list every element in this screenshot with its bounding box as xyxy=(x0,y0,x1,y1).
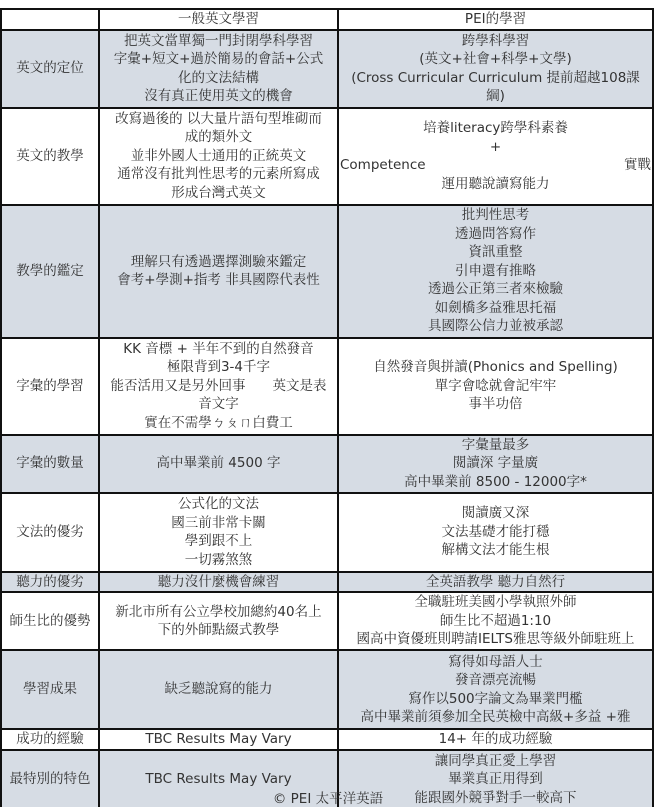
cell-line: (Cross Curricular Curriculum 提前超越108課 xyxy=(351,69,640,88)
row-label: 學習成果 xyxy=(1,650,99,729)
cell-line: 並非外國人士通用的正統英文 xyxy=(131,147,307,166)
cell-line: TBC Results May Vary xyxy=(145,770,291,789)
cell-line: 一切霧煞煞 xyxy=(185,551,253,570)
cell-line: 運用聽說讀寫能力 xyxy=(442,175,550,194)
table-row: 聽力的優劣 聽力沒什麼機會練習 全英語教學 聽力自然行 xyxy=(1,572,653,593)
cell-line: 具國際公信力並被承認 xyxy=(428,317,563,336)
cell-line: 能否活用又是另外回事 英文是表 xyxy=(111,377,327,396)
cell-line: 字彙+短文+過於簡易的會話+公式 xyxy=(114,50,323,69)
cell-line: 學到跟不上 xyxy=(185,532,253,551)
cell-line: 新北市所有公立學校加總約40名上 xyxy=(115,603,321,622)
header-cell-general: 一般英文學習 xyxy=(99,9,338,30)
cell-split-line: Competence 實戰 xyxy=(340,156,651,175)
cell-line: 理解只有透過選擇測驗來鑑定 xyxy=(131,253,307,272)
row-label: 教學的鑑定 xyxy=(1,205,99,338)
general-cell: 缺乏聽說寫的能力 xyxy=(99,650,338,729)
cell-line: 師生比不超過1:10 xyxy=(440,612,551,631)
table-row: 字彙的學習 KK 音標 + 半年不到的自然發音 極限背到3-4千字 能否活用又是… xyxy=(1,338,653,435)
pei-cell: 全英語教學 聽力自然行 xyxy=(338,572,653,593)
cell-line: 下的外師點綴式教學 xyxy=(158,621,280,640)
row-label: 師生比的優勢 xyxy=(1,592,99,650)
table-row: 教學的鑑定 理解只有透過選擇測驗來鑑定 會考+學測+指考 非具國際代表性 批判性… xyxy=(1,205,653,338)
general-cell: 聽力沒什麼機會練習 xyxy=(99,572,338,593)
pei-cell: 14+ 年的成功經驗 xyxy=(338,729,653,750)
cell-line: 實在不需學ㄅㄆㄇ白費工 xyxy=(144,414,293,433)
table-row: 成功的經驗 TBC Results May Vary 14+ 年的成功經驗 xyxy=(1,729,653,750)
cell-line: 沒有真正使用英文的機會 xyxy=(144,87,293,106)
cell-line: 畢業真正用得到 xyxy=(448,770,543,789)
general-cell: 新北市所有公立學校加總約40名上 下的外師點綴式教學 xyxy=(99,592,338,650)
table-row: 學習成果 缺乏聽說寫的能力 寫得如母語人士 發音漂亮流暢 寫作以500字論文為畢… xyxy=(1,650,653,729)
cell-line: 如劍橋多益雅思托福 xyxy=(435,299,557,318)
cell-line-right: 實戰 xyxy=(624,156,651,175)
cell-line: 國高中資優班則聘請IELTS雅思等級外師駐班上 xyxy=(357,630,635,649)
cell-line: 透過公正第三者來檢驗 xyxy=(428,280,563,299)
cell-line: 閱讀深 字量廣 xyxy=(453,454,538,473)
pei-cell: 跨學科學習 (英文+社會+科學+文學) (Cross Curricular Cu… xyxy=(338,30,653,108)
cell-line: 形成台灣式英文 xyxy=(171,184,266,203)
cell-line: 全職駐班美國小學執照外師 xyxy=(415,593,577,612)
cell-line-left: Competence xyxy=(340,156,426,175)
cell-line: 跨學科學習 xyxy=(462,32,530,51)
cell-line: 高中畢業前 8500 - 12000字* xyxy=(404,473,587,492)
cell-line: 改寫過後的 以大量片語句型堆砌而 xyxy=(115,110,322,129)
cell-line: 培養literacy跨學科素養 xyxy=(423,119,568,138)
pei-cell: 批判性思考 透過問答寫作 資訊重整 引申還有推略 透過公正第三者來檢驗 如劍橋多… xyxy=(338,205,653,338)
pei-cell: 自然發音與拼讀(Phonics and Spelling) 單字會唸就會記牢牢 … xyxy=(338,338,653,435)
pei-cell: 閱讀廣又深 文法基礎才能打穩 解構文法才能生根 xyxy=(338,493,653,572)
general-cell: TBC Results May Vary xyxy=(99,729,338,750)
cell-line: 發音漂亮流暢 xyxy=(455,671,536,690)
header-cell-pei: PEI的學習 xyxy=(338,9,653,30)
cell-line: (英文+社會+科學+文學) xyxy=(419,50,571,69)
cell-line: 批判性思考 xyxy=(462,206,530,225)
cell-line: 寫作以500字論文為畢業門檻 xyxy=(408,690,582,709)
row-label: 文法的優劣 xyxy=(1,493,99,572)
cell-line: KK 音標 + 半年不到的自然發音 xyxy=(123,340,313,359)
row-label: 英文的定位 xyxy=(1,30,99,108)
cell-line: 國三前非常卡關 xyxy=(171,514,266,533)
cell-line: 把英文當單獨一門封閉學科學習 xyxy=(124,32,313,51)
cell-line: 綱) xyxy=(486,87,505,106)
cell-line: 高中畢業前 4500 字 xyxy=(157,454,281,473)
comparison-page: 一般英文學習 PEI的學習 英文的定位 把英文當單獨一門封閉學科學習 字彙+短文… xyxy=(0,0,656,807)
general-cell: 改寫過後的 以大量片語句型堆砌而 成的類外文 並非外國人士通用的正統英文 通常沒… xyxy=(99,108,338,205)
cell-line: 單字會唸就會記牢牢 xyxy=(435,377,557,396)
cell-line: 音文字 xyxy=(198,395,239,414)
header-row: 一般英文學習 PEI的學習 xyxy=(1,9,653,30)
cell-line: 通常沒有批判性思考的元素所寫成 xyxy=(117,165,320,184)
pei-cell: 字彙量最多 閱讀深 字量廣 高中畢業前 8500 - 12000字* xyxy=(338,435,653,493)
cell-line: 會考+學測+指考 非具國際代表性 xyxy=(117,271,319,290)
cell-line: 資訊重整 xyxy=(469,243,523,262)
cell-line: 公式化的文法 xyxy=(178,495,259,514)
header-cell-empty xyxy=(1,9,99,30)
comparison-table: 一般英文學習 PEI的學習 英文的定位 把英文當單獨一門封閉學科學習 字彙+短文… xyxy=(0,8,654,807)
row-label: 成功的經驗 xyxy=(1,729,99,750)
cell-line: 化的文法結構 xyxy=(178,69,259,88)
cell-line: 讓同學真正愛上學習 xyxy=(435,752,557,771)
row-label: 字彙的學習 xyxy=(1,338,99,435)
cell-line: 缺乏聽說寫的能力 xyxy=(165,680,273,699)
cell-line: 成的類外文 xyxy=(185,128,253,147)
cell-line: 寫得如母語人士 xyxy=(448,653,543,672)
cell-line: 引申還有推略 xyxy=(455,262,536,281)
cell-line: 閱讀廣又深 xyxy=(462,504,530,523)
general-cell: 公式化的文法 國三前非常卡關 學到跟不上 一切霧煞煞 xyxy=(99,493,338,572)
cell-line: 自然發音與拼讀(Phonics and Spelling) xyxy=(373,358,618,377)
cell-line: 事半功倍 xyxy=(469,395,523,414)
cell-line: + xyxy=(490,138,501,157)
cell-line: 字彙量最多 xyxy=(462,436,530,455)
general-cell: 理解只有透過選擇測驗來鑑定 會考+學測+指考 非具國際代表性 xyxy=(99,205,338,338)
copyright-footer: © PEI 太平洋英語 xyxy=(0,787,656,807)
table-row: 英文的教學 改寫過後的 以大量片語句型堆砌而 成的類外文 並非外國人士通用的正統… xyxy=(1,108,653,205)
row-label: 英文的教學 xyxy=(1,108,99,205)
cell-line: 透過問答寫作 xyxy=(455,225,536,244)
general-cell: KK 音標 + 半年不到的自然發音 極限背到3-4千字 能否活用又是另外回事 英… xyxy=(99,338,338,435)
pei-cell: 培養literacy跨學科素養 + Competence 實戰 運用聽說讀寫能力 xyxy=(338,108,653,205)
row-label: 聽力的優劣 xyxy=(1,572,99,593)
cell-line: 高中畢業前須參加全民英檢中高級+多益 +雅 xyxy=(361,708,631,727)
general-cell: 把英文當單獨一門封閉學科學習 字彙+短文+過於簡易的會話+公式 化的文法結構 沒… xyxy=(99,30,338,108)
cell-line: 解構文法才能生根 xyxy=(442,541,550,560)
row-label: 字彙的數量 xyxy=(1,435,99,493)
cell-line: 極限背到3-4千字 xyxy=(167,358,270,377)
cell-line: 文法基礎才能打穩 xyxy=(442,523,550,542)
pei-cell: 全職駐班美國小學執照外師 師生比不超過1:10 國高中資優班則聘請IELTS雅思… xyxy=(338,592,653,650)
general-cell: 高中畢業前 4500 字 xyxy=(99,435,338,493)
table-row: 文法的優劣 公式化的文法 國三前非常卡關 學到跟不上 一切霧煞煞 閱讀廣又深 文… xyxy=(1,493,653,572)
table-row: 英文的定位 把英文當單獨一門封閉學科學習 字彙+短文+過於簡易的會話+公式 化的… xyxy=(1,30,653,108)
table-row: 字彙的數量 高中畢業前 4500 字 字彙量最多 閱讀深 字量廣 高中畢業前 8… xyxy=(1,435,653,493)
pei-cell: 寫得如母語人士 發音漂亮流暢 寫作以500字論文為畢業門檻 高中畢業前須參加全民… xyxy=(338,650,653,729)
table-row: 師生比的優勢 新北市所有公立學校加總約40名上 下的外師點綴式教學 全職駐班美國… xyxy=(1,592,653,650)
